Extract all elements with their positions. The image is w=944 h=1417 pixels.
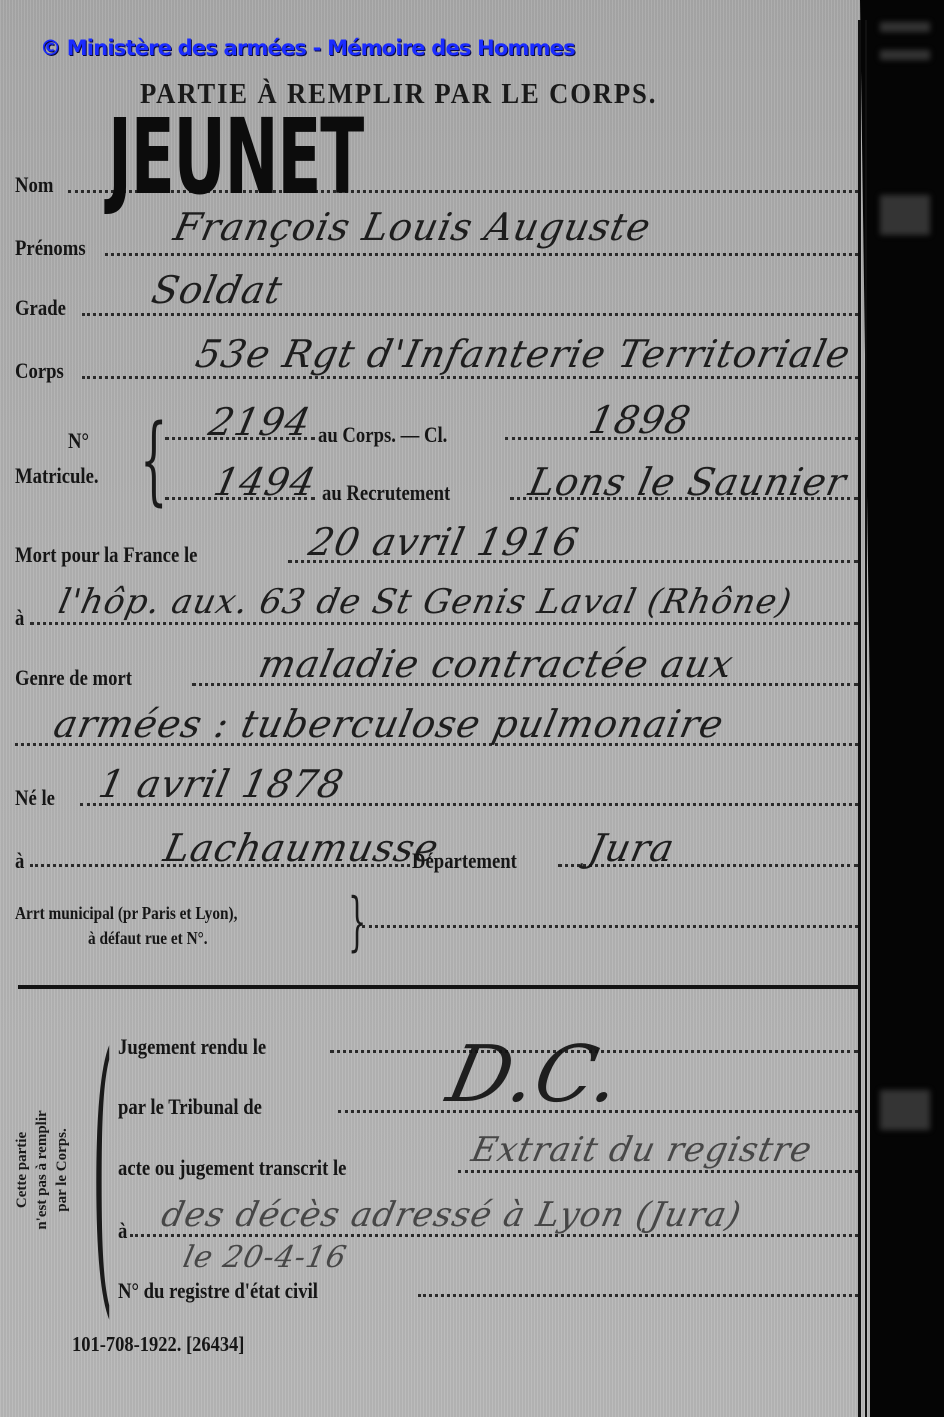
corps-line: [82, 376, 858, 379]
genre-mort-value-1: maladie contractée aux: [255, 642, 738, 686]
au-recrutement-label: au Recrutement: [322, 480, 450, 506]
prenoms-label: Prénoms: [15, 235, 86, 261]
lieu-deces-value: l'hôp. aux. 63 de St Genis Laval (Rhône): [55, 582, 796, 622]
tribunal-label: par le Tribunal de: [118, 1094, 262, 1120]
scan-edge-artifact: [880, 195, 930, 235]
matricule-no-label: N°: [68, 428, 89, 454]
scan-edge-artifact: [880, 50, 930, 60]
transcrit-a-value: des décès adressé à Lyon (Jura): [158, 1195, 745, 1235]
lieu-naissance-value: Lachaumusse: [160, 826, 443, 870]
ne-le-label: Né le: [15, 785, 55, 811]
mort-value: 20 avril 1916: [305, 520, 583, 564]
registre-label: N° du registre d'état civil: [118, 1278, 318, 1304]
transcrit-value: Extrait du registre: [468, 1130, 816, 1170]
lieu-deces-label: à: [15, 605, 24, 631]
departement-value: Jura: [585, 826, 679, 870]
border-line: [858, 20, 861, 1417]
recrutement-value: Lons le Saunier: [525, 460, 851, 504]
ne-le-value: 1 avril 1878: [95, 762, 348, 806]
side-note-line-1: Cette partie: [12, 1080, 32, 1260]
matricule-label: Matricule.: [15, 463, 99, 489]
arrondissement-label-2: à défaut rue et N°.: [88, 928, 208, 949]
genre-mort-label: Genre de mort: [15, 665, 132, 691]
grade-line: [82, 313, 858, 316]
au-corps-label: au Corps. — Cl.: [318, 422, 447, 448]
transcrit-label: acte ou jugement transcrit le: [118, 1155, 346, 1181]
nom-value: JEUNET: [108, 96, 363, 218]
side-note: Cette partie n'est pas à remplir par le …: [12, 1080, 72, 1260]
nom-label: Nom: [15, 172, 53, 198]
classe-value: 1898: [585, 398, 695, 442]
corps-label: Corps: [15, 358, 64, 384]
section-divider: [18, 985, 860, 989]
corps-value: 53e Rgt d'Infanterie Territoriale: [192, 332, 855, 376]
jugement-label: Jugement rendu le: [118, 1034, 266, 1060]
tribunal-value: D.C.: [440, 1030, 629, 1120]
border-line: [865, 20, 867, 1417]
transcrit-a-label: à: [118, 1218, 127, 1244]
mort-label: Mort pour la France le: [15, 542, 197, 568]
form-reference-number: 101-708-1922. [26434]: [72, 1332, 244, 1357]
matricule-brace: {: [140, 412, 167, 508]
arrondissement-label-1: Arrt municipal (pr Paris et Lyon),: [15, 903, 237, 924]
copyright-watermark: © Ministère des armées - Mémoire des Hom…: [40, 36, 575, 60]
prenoms-line: [105, 253, 858, 256]
lower-section-brace: (: [92, 1020, 113, 1320]
grade-value: Soldat: [148, 268, 287, 312]
matricule-recrutement-number: 1494: [210, 460, 320, 504]
scan-edge-artifact: [880, 1090, 930, 1130]
lieu-naissance-label: à: [15, 848, 24, 874]
matricule-corps-number: 2194: [205, 400, 315, 444]
arrondissement-brace: }: [348, 890, 366, 954]
arrondissement-line: [362, 925, 858, 928]
genre-mort-value-2: armées : tuberculose pulmonaire: [50, 702, 728, 746]
grade-label: Grade: [15, 295, 66, 321]
prenoms-value: François Louis Auguste: [170, 205, 655, 249]
transcrit-line: [458, 1170, 858, 1173]
departement-label: Département: [412, 848, 517, 874]
side-note-line-2: n'est pas à remplir: [32, 1080, 52, 1260]
lieu-deces-line: [30, 622, 858, 625]
side-note-line-3: par le Corps.: [52, 1080, 72, 1260]
transcrit-date: le 20-4-16: [180, 1240, 350, 1275]
scan-edge-artifact: [880, 22, 930, 32]
registre-line: [418, 1294, 858, 1297]
